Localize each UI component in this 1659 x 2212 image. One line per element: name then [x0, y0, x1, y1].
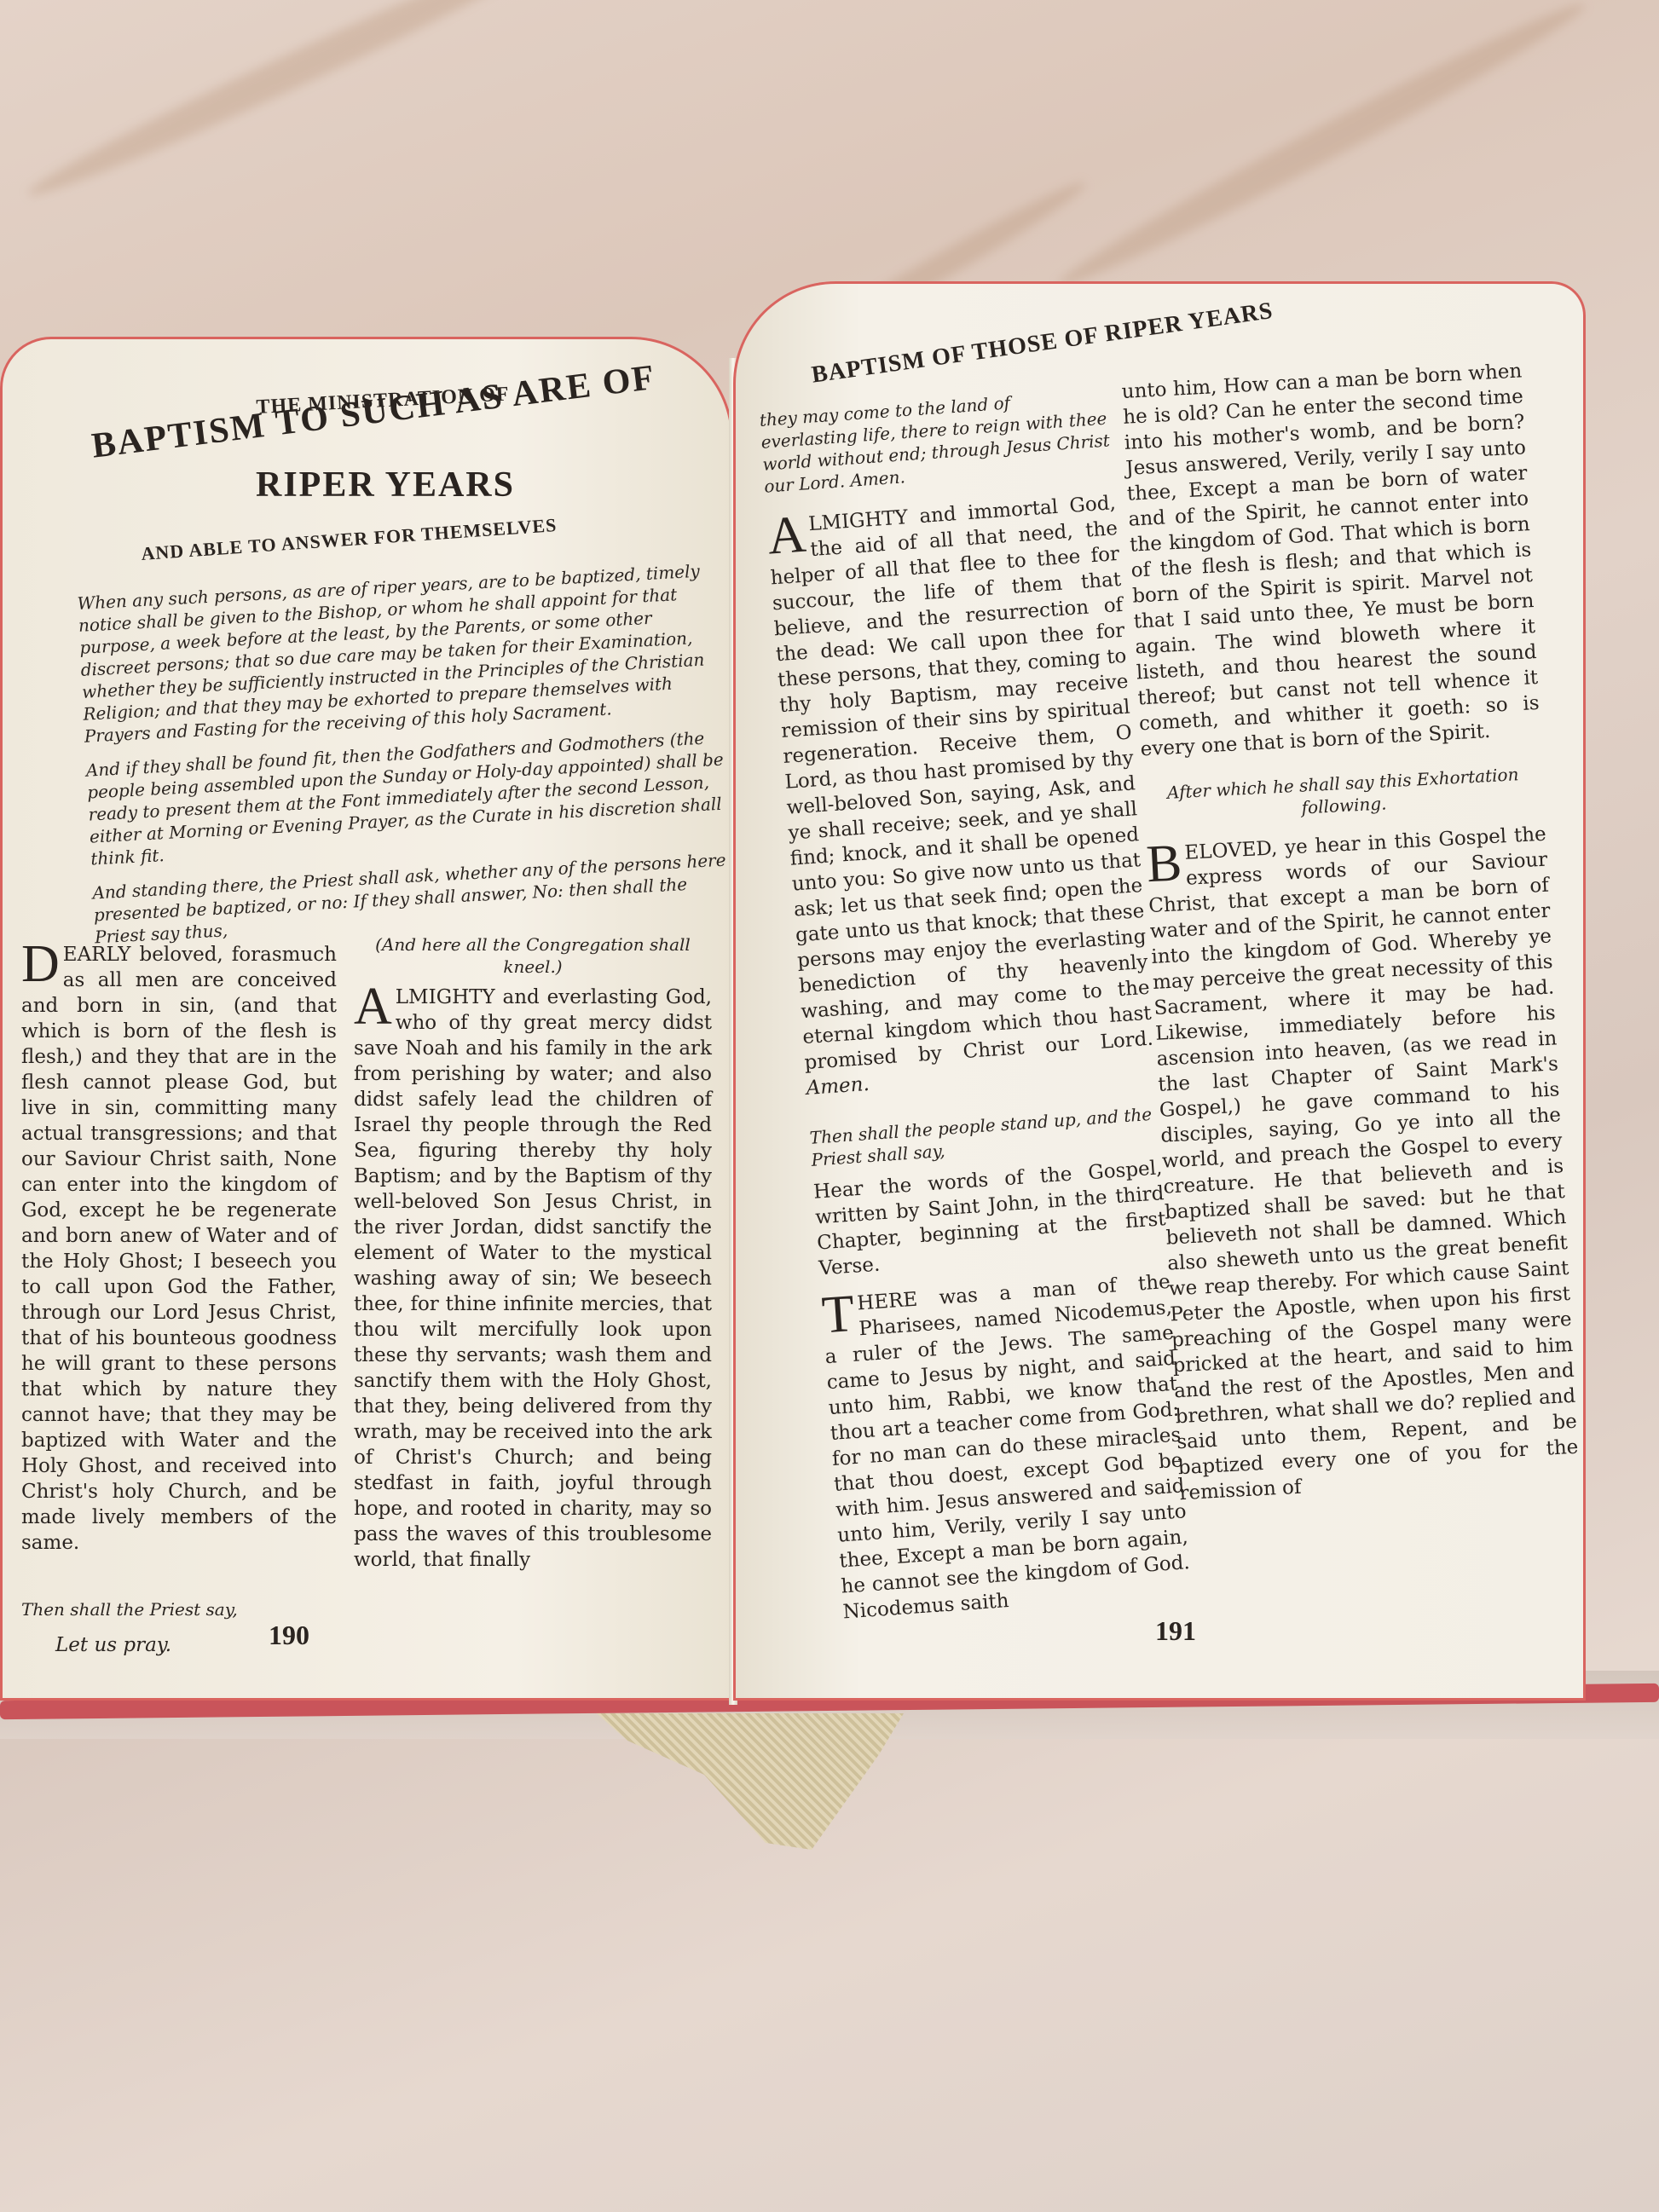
prayer-almighty-everlasting: ALMIGHTY and everlasting God, who of thy… [354, 985, 712, 1573]
continuation: they may come to the land of everlasting… [759, 384, 1113, 497]
left-col-2: (And here all the Congregation shall kne… [354, 933, 712, 1573]
heading-sub: AND ABLE TO ANSWER FOR THEMSELVES [141, 514, 558, 565]
exhortation-beloved: BELOVED, ye hear in this Gospel the expr… [1145, 822, 1580, 1507]
page-number-190: 190 [269, 1620, 309, 1651]
gospel-intro: Hear the words of the Gospel, written by… [812, 1155, 1168, 1281]
right-col-2: unto him, How can a man be born when he … [1121, 358, 1581, 1506]
heading-big-2: RIPER YEARS [256, 465, 515, 505]
wood-grain [20, 0, 575, 210]
right-page: BAPTISM OF THOSE OF RIPER YEARS they may… [733, 281, 1586, 1701]
gospel-john-3: THERE was a man of the Pharisees, named … [821, 1269, 1193, 1626]
rubric-kneel: (And here all the Congregation shall kne… [354, 933, 712, 978]
prayer-almighty-immortal: ALMIGHTY and immortal God, the aid of al… [766, 490, 1156, 1101]
right-col-1: they may come to the land of everlasting… [759, 384, 1193, 1625]
rubric-priest-say: Then shall the Priest say, [21, 1598, 337, 1620]
ribbon-bookmark [597, 1713, 904, 1850]
left-page: THE MINISTRATION OF BAPTISM TO SUCH AS A… [0, 337, 733, 1701]
heading-big-1: BAPTISM TO SUCH AS ARE OF [90, 357, 658, 467]
opening-rubrics: When any such persons, as are of riper y… [77, 559, 733, 949]
rubric-notice: When any such persons, as are of riper y… [77, 559, 723, 748]
wood-grain [1050, 0, 1593, 300]
page-number-191: 191 [1155, 1615, 1196, 1647]
exhortation-dearly-beloved: DEARLY beloved, forasmuch as all men are… [21, 942, 337, 1556]
rubric-exhortation: After which he shall say this Exhortatio… [1142, 762, 1545, 828]
rubric-godparents: And if they shall be found fit, then the… [85, 725, 730, 869]
left-col-1: DEARLY beloved, forasmuch as all men are… [21, 942, 337, 1658]
gospel-continued: unto him, How can a man be born when he … [1121, 358, 1541, 762]
